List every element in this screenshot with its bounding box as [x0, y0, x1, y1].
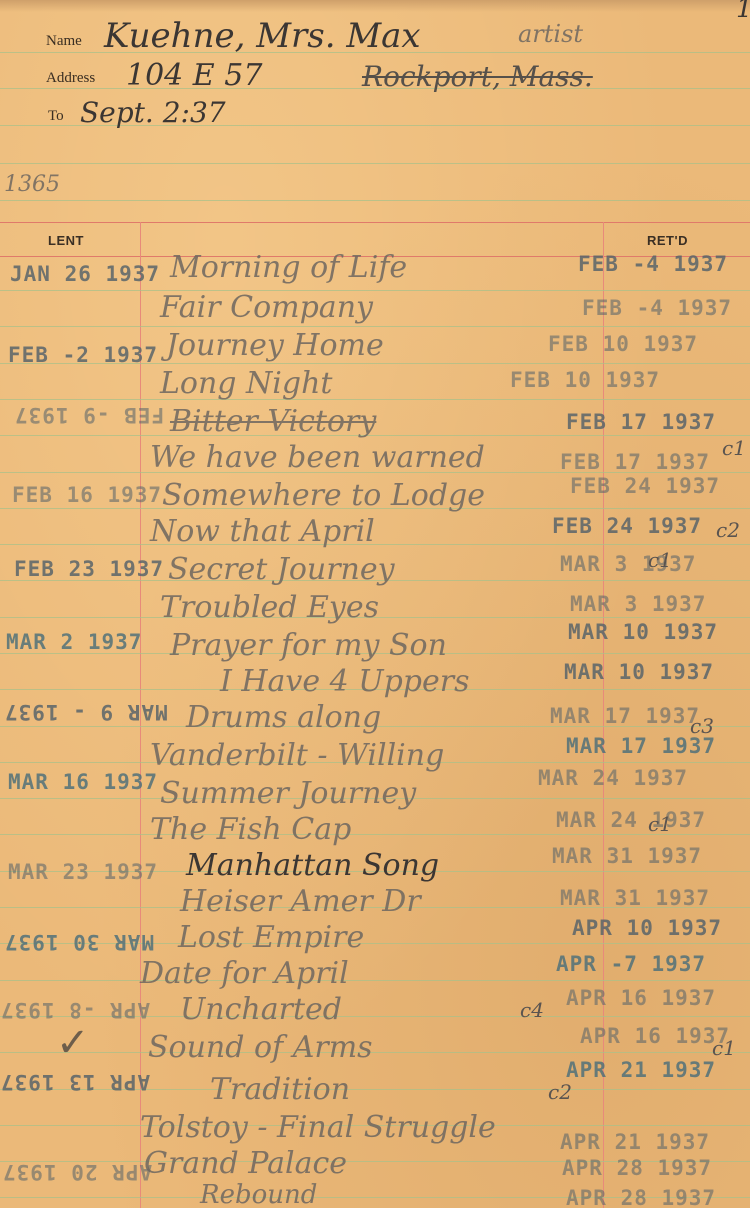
returned-stamp: APR 16 1937: [580, 1024, 730, 1048]
lent-stamp: FEB 23 1937: [14, 557, 164, 581]
lent-stamp: MAR 23 1937: [8, 860, 158, 884]
lent-stamp-upside-down: MAR 9 - 1937: [4, 700, 168, 724]
returned-stamp: APR 21 1937: [560, 1130, 710, 1154]
returned-stamp: APR 28 1937: [562, 1156, 712, 1180]
header-red-line: [0, 222, 750, 223]
lent-stamp-upside-down: APR 13 1937: [0, 1070, 150, 1094]
returned-stamp: MAR 31 1937: [560, 886, 710, 910]
ruling-line: [0, 834, 750, 835]
returned-stamp: MAR 17 1937: [550, 704, 700, 728]
returned-stamp: FEB 24 1937: [570, 474, 720, 498]
ruling-line: [0, 326, 750, 327]
book-title: Rebound: [200, 1180, 317, 1208]
book-title: Fair Company: [160, 290, 373, 325]
returned-column-header: RET'D: [647, 233, 688, 248]
book-title: The Fish Cap: [150, 812, 351, 847]
book-title: Now that April: [150, 514, 375, 549]
ruling-line: [0, 399, 750, 400]
lent-stamp-upside-down: APR 20 1937: [2, 1160, 152, 1184]
book-title: Somewhere to Lodge: [162, 478, 485, 513]
returned-stamp: APR 28 1937: [566, 1186, 716, 1208]
returned-stamp: FEB 24 1937: [552, 514, 702, 538]
ruling-line: [0, 1052, 750, 1053]
book-title: Bitter Victory: [170, 404, 376, 439]
return-mark: c4: [520, 998, 544, 1022]
return-mark: c2: [716, 518, 740, 542]
returned-stamp: MAR 3 1937: [570, 592, 706, 616]
to-label: To: [48, 108, 64, 125]
name-note: artist: [518, 20, 583, 48]
ruling-line: [0, 290, 750, 291]
lent-stamp-upside-down: FEB -9 1937: [14, 403, 164, 427]
return-mark: c2: [548, 1080, 572, 1104]
check-mark: ✓: [56, 1020, 90, 1066]
returned-stamp: MAR 10 1937: [564, 660, 714, 684]
book-title: Drums along: [186, 700, 381, 735]
book-title: Date for April: [140, 956, 349, 991]
returned-stamp: FEB -4 1937: [578, 252, 728, 276]
ruling-line: [0, 200, 750, 201]
book-title: I Have 4 Uppers: [220, 664, 469, 699]
returned-stamp: MAR 24 1937: [538, 766, 688, 790]
name-label: Name: [46, 33, 82, 50]
address-value: 104 E 57: [126, 58, 262, 93]
returned-stamp: MAR 31 1937: [552, 844, 702, 868]
name-value: Kuehne, Mrs. Max: [104, 16, 421, 56]
returned-stamp: MAR 3 1937: [560, 552, 696, 576]
book-title: Journey Home: [166, 328, 384, 363]
lent-stamp: FEB -2 1937: [8, 343, 158, 367]
returned-stamp: APR 21 1937: [566, 1058, 716, 1082]
ruling-line: [0, 980, 750, 981]
returned-stamp: FEB -4 1937: [582, 296, 732, 320]
corner-number: 13: [736, 0, 750, 24]
book-title: Manhattan Song: [186, 848, 439, 883]
lent-stamp: MAR 16 1937: [8, 770, 158, 794]
returned-stamp: FEB 17 1937: [560, 450, 710, 474]
book-title: Lost Empire: [178, 920, 364, 955]
returned-stamp: MAR 24 1937: [556, 808, 706, 832]
card-number: 1365: [4, 172, 60, 197]
to-value: Sept. 2:37: [80, 96, 226, 129]
returned-stamp: APR 10 1937: [572, 916, 722, 940]
address-label: Address: [46, 70, 95, 87]
library-circulation-card: 13 Name Kuehne, Mrs. Max artist Address …: [0, 0, 750, 1208]
address-struck: Rockport, Mass.: [362, 60, 593, 93]
book-title: Prayer for my Son: [170, 628, 447, 663]
lent-column-header: LENT: [48, 233, 84, 248]
returned-stamp: APR 16 1937: [566, 986, 716, 1010]
return-mark: c1: [648, 812, 672, 836]
book-title: Summer Journey: [160, 776, 416, 811]
lent-stamp: FEB 16 1937: [12, 483, 162, 507]
returned-stamp: APR -7 1937: [556, 952, 706, 976]
returned-stamp: FEB 10 1937: [548, 332, 698, 356]
book-title: Grand Palace: [144, 1146, 347, 1181]
book-title: Morning of Life: [170, 250, 407, 285]
book-title: Tolstoy - Final Struggle: [140, 1110, 496, 1145]
book-title: Secret Journey: [168, 552, 395, 587]
book-title: Vanderbilt - Willing: [150, 738, 444, 773]
book-title: Tradition: [210, 1072, 350, 1107]
returned-stamp: MAR 10 1937: [568, 620, 718, 644]
return-mark: c1: [722, 436, 746, 460]
book-title: Heiser Amer Dr: [180, 884, 421, 919]
lent-stamp: MAR 2 1937: [6, 630, 142, 654]
lent-stamp-upside-down: MAR 30 1937: [4, 930, 154, 954]
ruling-line: [0, 163, 750, 164]
return-mark: c3: [690, 714, 714, 738]
book-title: We have been warned: [150, 440, 485, 475]
return-mark: c1: [712, 1036, 736, 1060]
lent-stamp-upside-down: APR -8 1937: [0, 998, 150, 1022]
book-title: Long Night: [160, 366, 332, 401]
returned-stamp: FEB 17 1937: [566, 410, 716, 434]
lent-stamp: JAN 26 1937: [10, 262, 160, 286]
torn-edge: [0, 0, 750, 12]
returned-stamp: FEB 10 1937: [510, 368, 660, 392]
ruling-line: [0, 544, 750, 545]
book-title: Uncharted: [180, 992, 342, 1027]
return-mark: c1: [648, 548, 672, 572]
book-title: Troubled Eyes: [160, 590, 379, 625]
book-title: Sound of Arms: [148, 1030, 373, 1065]
